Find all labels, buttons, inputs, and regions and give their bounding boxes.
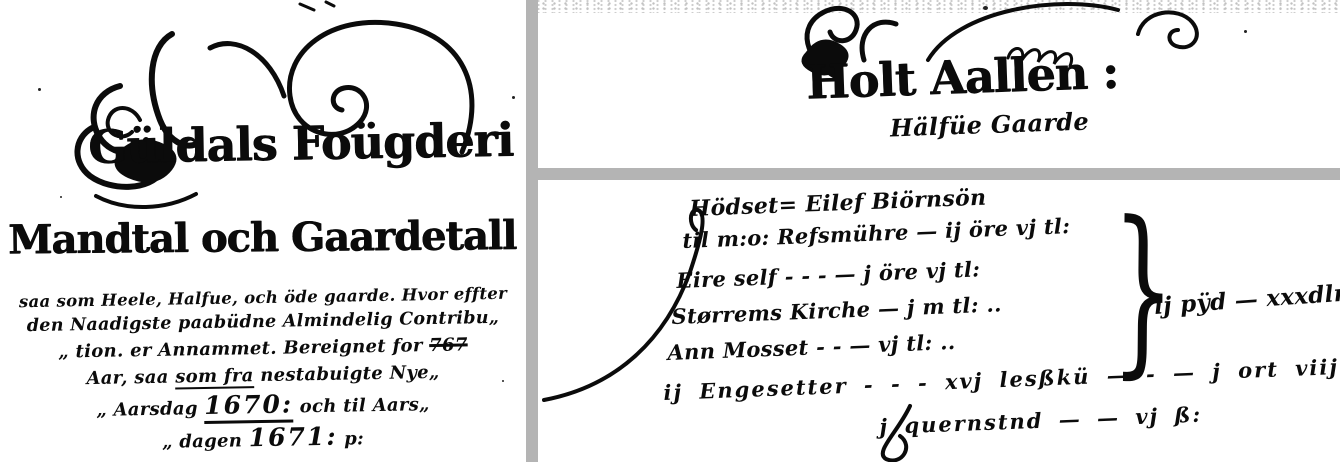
scan-speck <box>38 88 41 91</box>
scan-speck <box>502 380 504 382</box>
underlined-words: som fra <box>175 365 254 389</box>
body-line-4-tail: nestabuigte Nye„ <box>253 362 439 386</box>
manuscript-scan: Güldals Foügderi : Mandtal och Gaardetal… <box>0 0 1340 462</box>
scan-speck <box>60 196 62 198</box>
body-line-3: „ tion. er Annammet. Bereignet for 767 <box>0 333 526 363</box>
scan-speck <box>1244 30 1247 33</box>
register-title: Mandtal och Gaardetall : <box>8 212 526 264</box>
section-heading-panel: Holt Aallen : Hälfüe Gaarde <box>538 0 1340 168</box>
sum-brace: } <box>1111 218 1176 362</box>
body-line-6: „ dagen 1671: p: <box>0 418 526 456</box>
scan-speck <box>462 244 464 246</box>
body-line-6-tail: p: <box>337 428 364 449</box>
year-1671: 1671: <box>248 422 337 453</box>
scan-speck <box>512 96 515 99</box>
body-line-4-text: Aar, saa <box>86 367 175 390</box>
struck-number: 767 <box>429 334 468 356</box>
district-title: Güldals Foügderi : <box>88 112 526 174</box>
parish-subtitle: Hälfüe Gaarde <box>890 107 1090 143</box>
flourish-ornament-top-left <box>0 0 526 215</box>
body-line-5-tail: och til Aars„ <box>293 394 430 417</box>
body-line-5-text: „ Aarsdag <box>96 398 204 421</box>
body-line-2: den Naadigste paabüdne Almindelig Contri… <box>0 307 526 336</box>
body-line-3-text: „ tion. er Annammet. Bereignet for <box>58 335 429 362</box>
parish-title: Holt Aallen : <box>805 45 1119 110</box>
body-line-1: saa som Heele, Halfue, och öde gaarde. H… <box>0 283 526 311</box>
year-1670: 1670: <box>204 389 293 424</box>
title-page-panel: Güldals Foügderi : Mandtal och Gaardetal… <box>0 0 526 462</box>
body-line-5: „ Aarsdag 1670: och til Aars„ <box>0 385 526 423</box>
ledger-panel: Hödset= Eilef Biörnsön til m:o: Refsmühr… <box>538 180 1340 462</box>
scan-speck <box>983 6 988 10</box>
body-line-6-text: „ dagen <box>162 430 249 453</box>
